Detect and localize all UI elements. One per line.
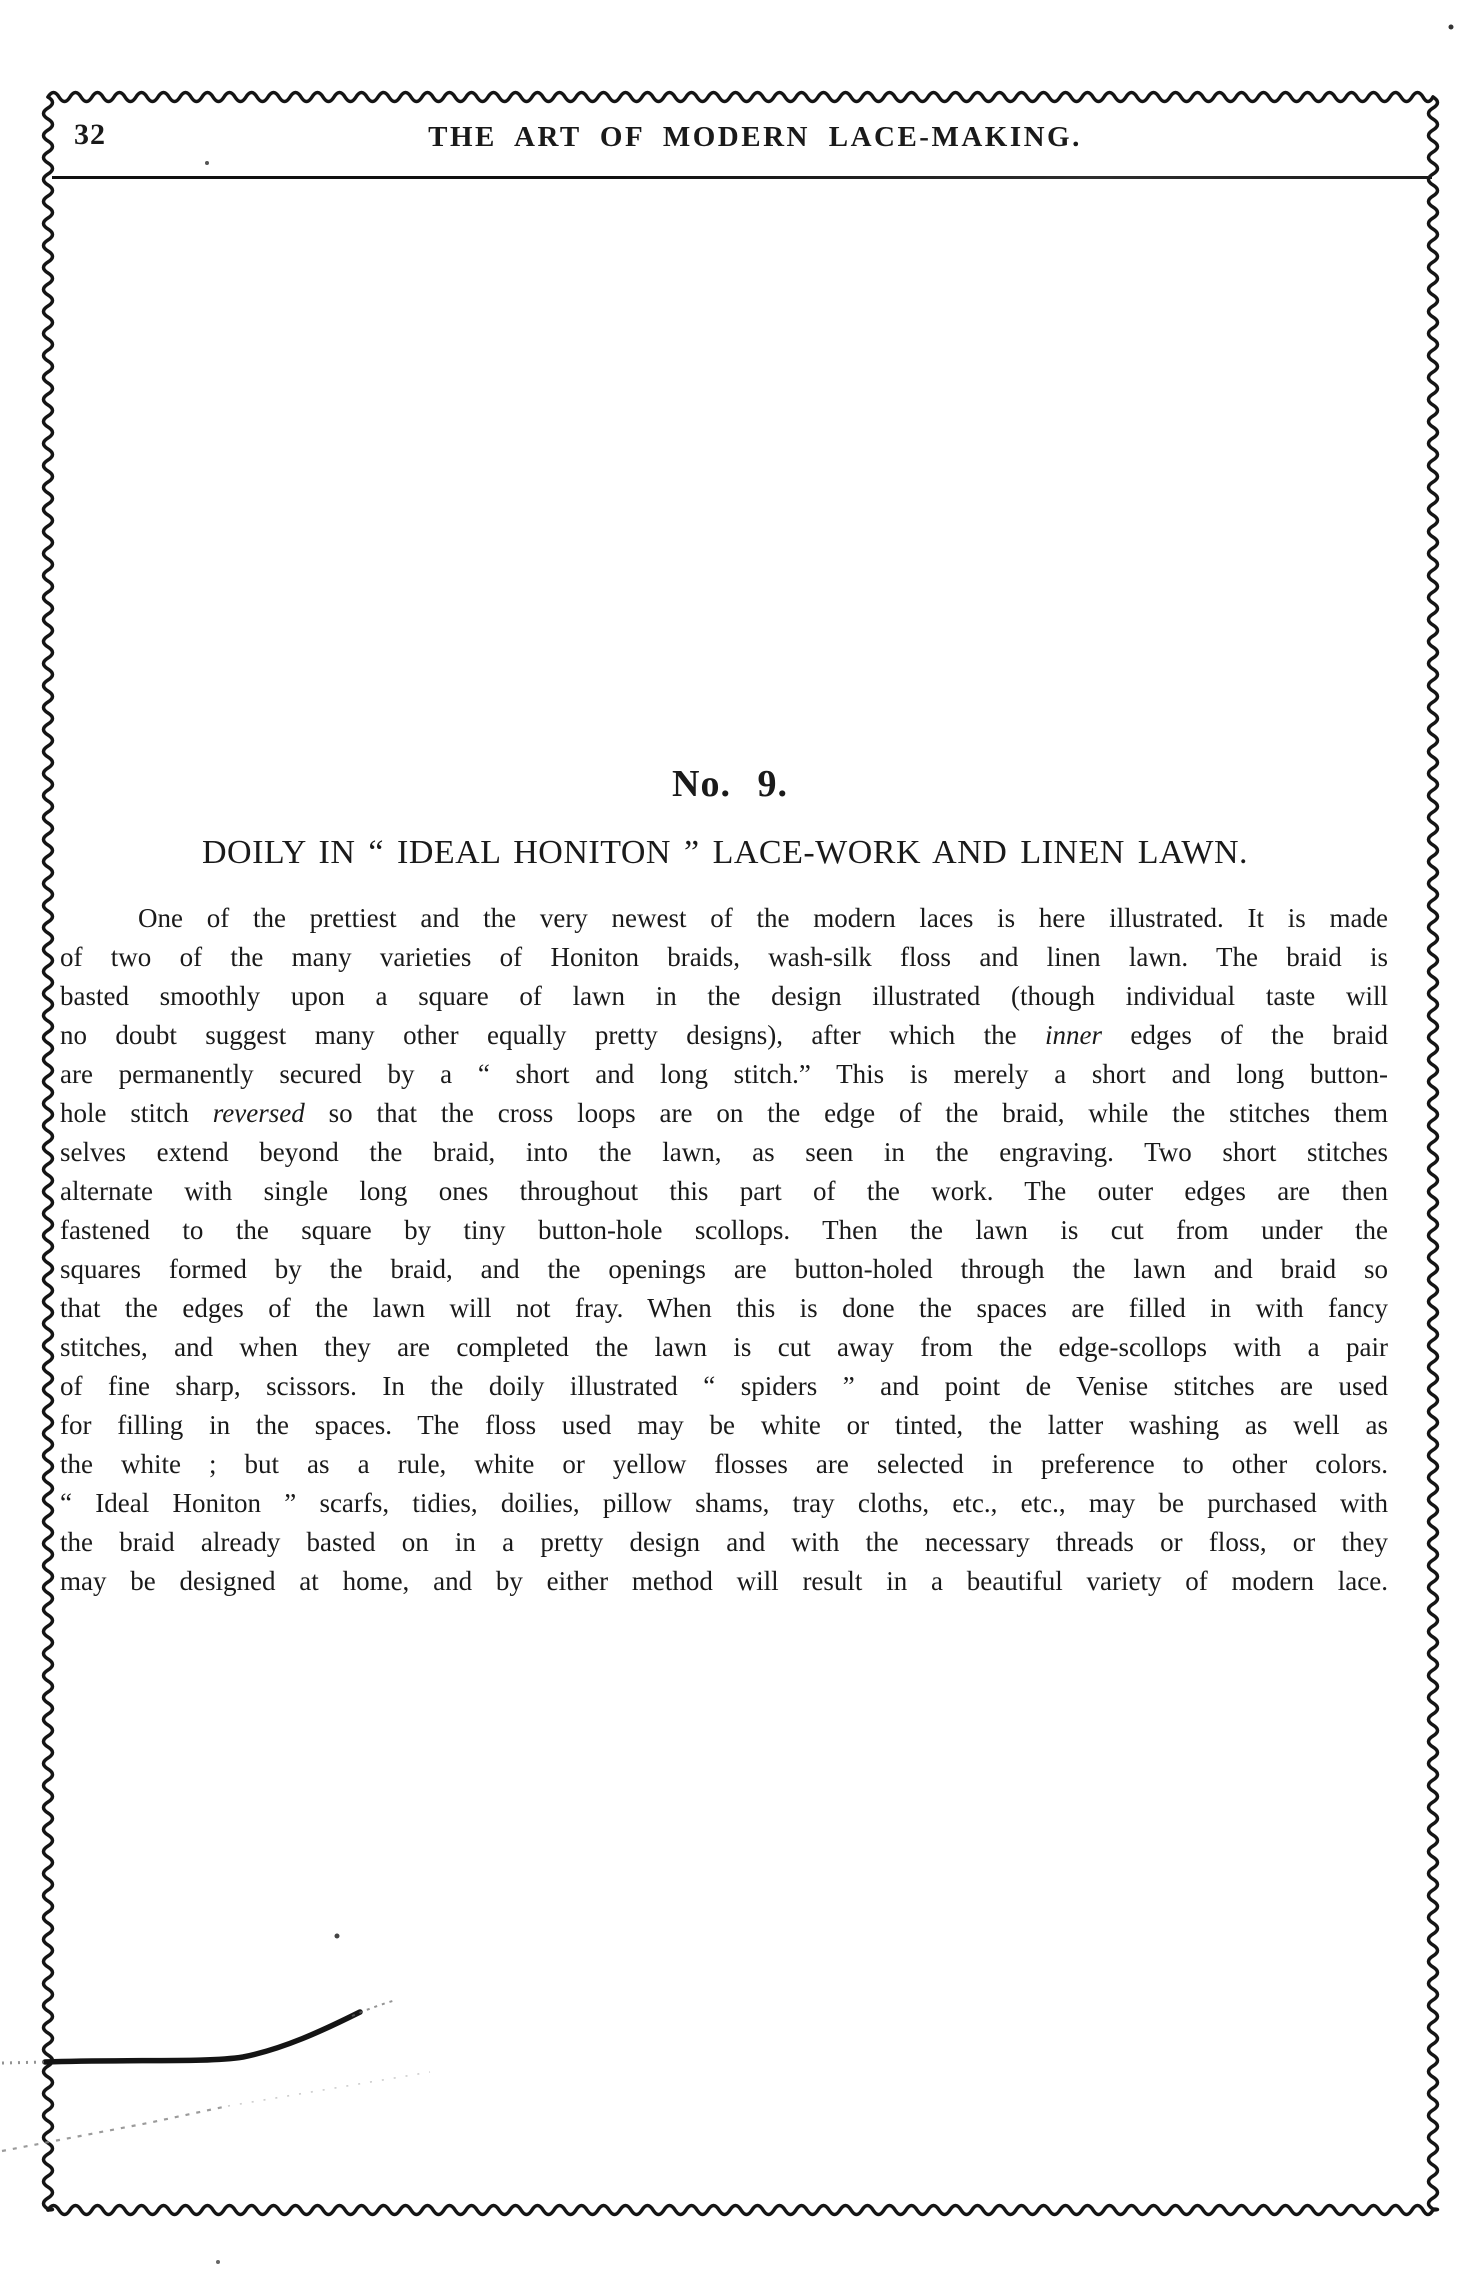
ink-speck xyxy=(216,2260,220,2264)
text-run: selves extend beyond the braid, into the… xyxy=(60,1137,1388,1167)
paragraph-line: alternate with single long ones througho… xyxy=(60,1172,1388,1211)
body-paragraph: One of the prettiest and the very newest… xyxy=(60,899,1388,1601)
text-run: the white ; but as a rule, white or yell… xyxy=(60,1449,1388,1479)
text-run: for filling in the spaces. The floss use… xyxy=(60,1410,1388,1440)
paragraph-line: may be designed at home, and by either m… xyxy=(60,1562,1388,1601)
text-run: that the edges of the lawn will not fray… xyxy=(60,1293,1388,1323)
paragraph-line: that the edges of the lawn will not fray… xyxy=(60,1289,1388,1328)
text-run: squares formed by the braid, and the ope… xyxy=(60,1254,1388,1284)
pen-scratch-left-dots xyxy=(2,2062,45,2063)
text-run: stitches, and when they are completed th… xyxy=(60,1332,1388,1362)
faint-diagonal-scratch xyxy=(2,2106,228,2151)
text-run: of fine sharp, scissors. In the doily il… xyxy=(60,1371,1388,1401)
wavy-border-top xyxy=(48,93,1433,102)
pen-scratch-mark xyxy=(45,2012,360,2062)
pen-scratch-tail xyxy=(352,2000,396,2016)
paragraph-line: are permanently secured by a “ short and… xyxy=(60,1055,1388,1094)
book-page: 32 THE ART OF MODERN LACE-MAKING. No. 9.… xyxy=(0,0,1467,2292)
paragraph-line: selves extend beyond the braid, into the… xyxy=(60,1133,1388,1172)
text-run: edges of the braid xyxy=(1102,1020,1388,1050)
text-run: of two of the many varieties of Honiton … xyxy=(60,942,1388,972)
wavy-border-right xyxy=(1429,97,1438,2210)
text-run: so that the cross loops are on the edge … xyxy=(305,1098,1388,1128)
paragraph-line: basted smoothly upon a square of lawn in… xyxy=(60,977,1388,1016)
paragraph-line: of two of the many varieties of Honiton … xyxy=(60,938,1388,977)
ink-speck xyxy=(205,161,209,165)
article-title: DOILY IN “ IDEAL HONITON ” LACE-WORK AND… xyxy=(60,834,1390,872)
text-run: may be designed at home, and by either m… xyxy=(60,1566,1388,1596)
paragraph-line: One of the prettiest and the very newest… xyxy=(60,899,1388,938)
text-run: no doubt suggest many other equally pret… xyxy=(60,1020,1045,1050)
text-run: are permanently secured by a “ short and… xyxy=(60,1059,1388,1089)
header-rule xyxy=(52,176,1432,179)
paragraph-line: “ Ideal Honiton ” scarfs, tidies, doilie… xyxy=(60,1484,1388,1523)
ink-speck xyxy=(335,1934,340,1939)
wavy-border-left xyxy=(44,97,53,2210)
text-run: “ Ideal Honiton ” scarfs, tidies, doilie… xyxy=(60,1488,1388,1518)
ink-speck xyxy=(1449,25,1454,30)
article-number-heading: No. 9. xyxy=(0,762,1460,806)
paragraph-line: fastened to the square by tiny button-ho… xyxy=(60,1211,1388,1250)
text-run: One of the prettiest and the very newest… xyxy=(138,903,1388,933)
running-header-title: THE ART OF MODERN LACE-MAKING. xyxy=(90,121,1420,154)
paragraph-line: of fine sharp, scissors. In the doily il… xyxy=(60,1367,1388,1406)
paragraph-line: hole stitch reversed so that the cross l… xyxy=(60,1094,1388,1133)
text-run: the braid already basted on in a pretty … xyxy=(60,1527,1388,1557)
text-run: fastened to the square by tiny button-ho… xyxy=(60,1215,1388,1245)
paragraph-line: no doubt suggest many other equally pret… xyxy=(60,1016,1388,1055)
paragraph-line: for filling in the spaces. The floss use… xyxy=(60,1406,1388,1445)
italic-text: inner xyxy=(1045,1020,1102,1050)
paragraph-line: squares formed by the braid, and the ope… xyxy=(60,1250,1388,1289)
text-run: basted smoothly upon a square of lawn in… xyxy=(60,981,1388,1011)
italic-text: reversed xyxy=(213,1098,305,1128)
paragraph-line: the white ; but as a rule, white or yell… xyxy=(60,1445,1388,1484)
wavy-border-bottom xyxy=(48,2206,1433,2215)
paragraph-line: the braid already basted on in a pretty … xyxy=(60,1523,1388,1562)
text-run: alternate with single long ones througho… xyxy=(60,1176,1388,1206)
paragraph-line: stitches, and when they are completed th… xyxy=(60,1328,1388,1367)
text-run: hole stitch xyxy=(60,1098,213,1128)
faint-diagonal-scratch-extension xyxy=(228,2072,430,2106)
